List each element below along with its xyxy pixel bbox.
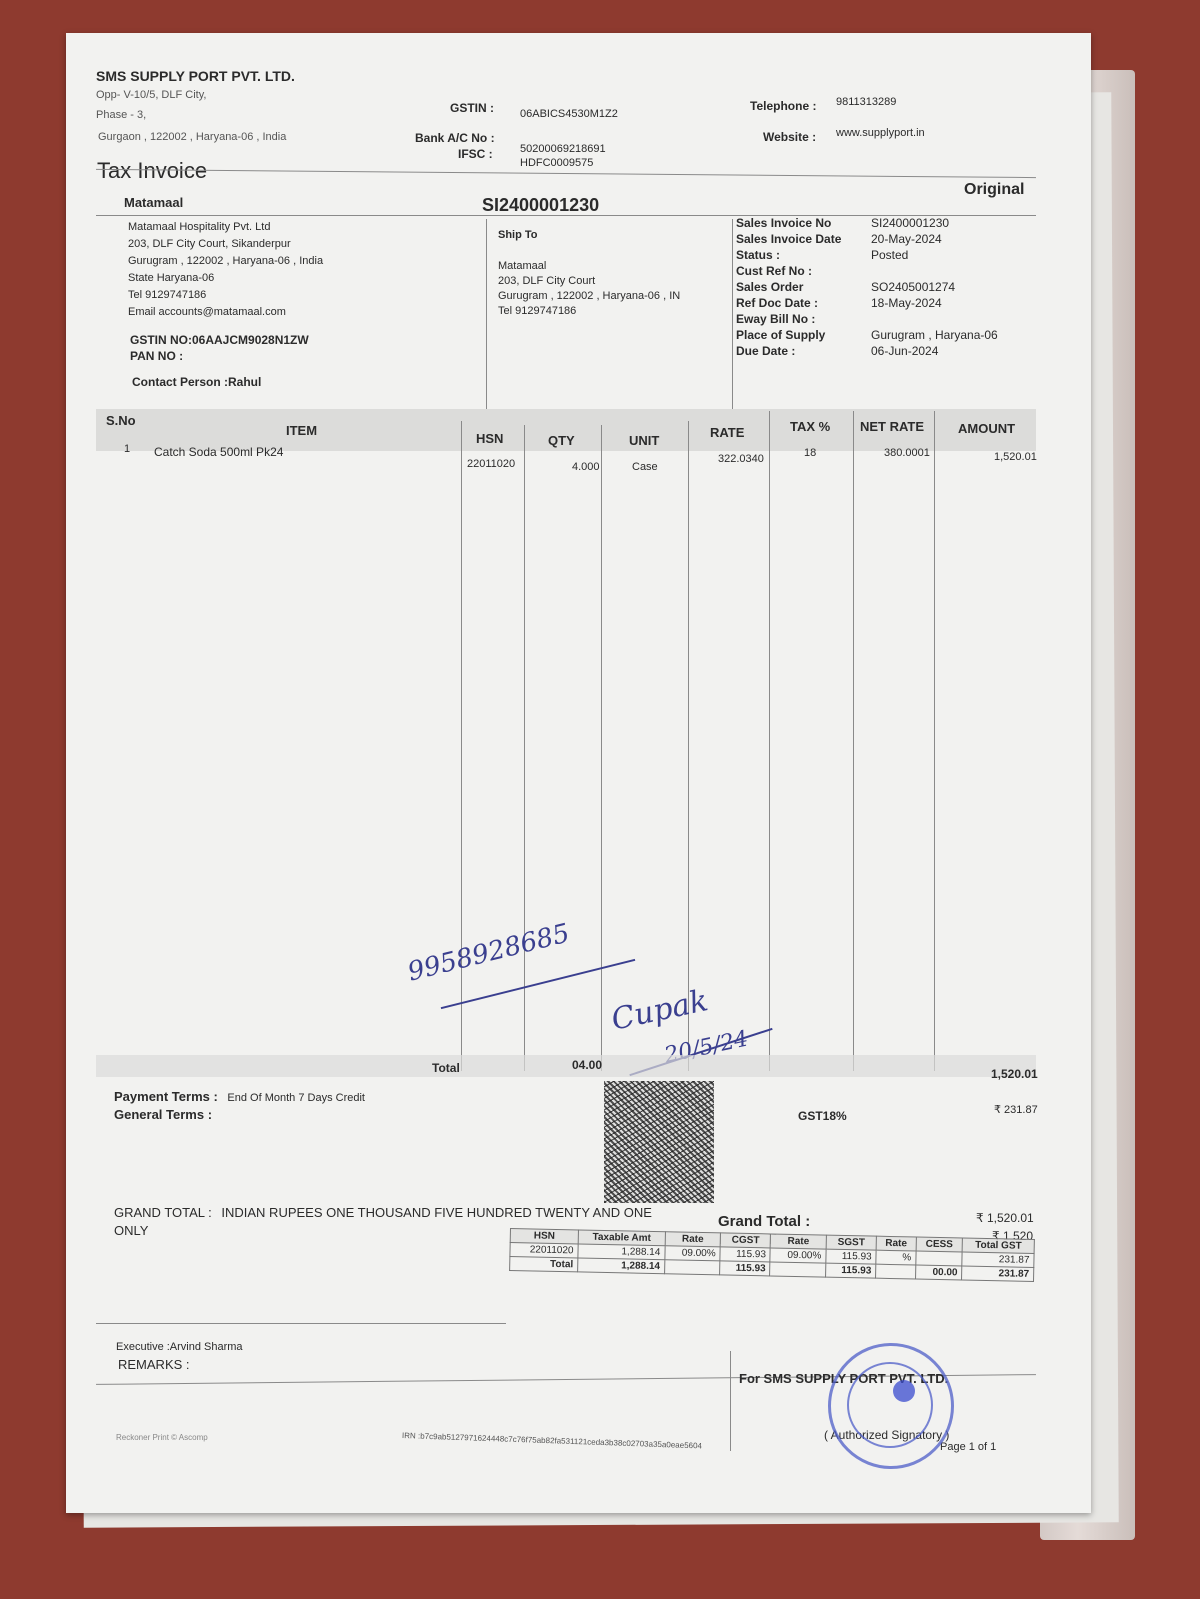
gst-col: SGST (826, 1235, 877, 1250)
meta-label: Eway Bill No : (736, 311, 871, 327)
divider (486, 219, 487, 419)
meta-value: SO2405001274 (871, 279, 955, 295)
bill-to-line: Gurugram , 122002 , Haryana-06 , India (128, 253, 323, 270)
gst-cell: 09.00% (665, 1246, 721, 1261)
gst-breakdown-table: HSN Taxable Amt Rate CGST Rate SGST Rate… (509, 1228, 1035, 1282)
invoice-number-heading: SI2400001230 (482, 195, 599, 216)
row-item: Catch Soda 500ml Pk24 (154, 445, 283, 459)
row-tax: 18 (804, 447, 816, 459)
gst-cell: Total (510, 1257, 578, 1272)
meta-label: Status : (736, 247, 871, 263)
website-label: Website : (763, 130, 816, 144)
col-item: ITEM (286, 423, 317, 438)
row-unit: Case (632, 461, 658, 473)
telephone-label: Telephone : (750, 99, 816, 113)
payment-terms: Payment Terms : End Of Month 7 Days Cred… (114, 1089, 365, 1104)
bank-label: Bank A/C No : (415, 131, 495, 145)
qr-code (604, 1081, 714, 1203)
gst-col: Rate (771, 1234, 827, 1249)
invoice-sheet: SMS SUPPLY PORT PVT. LTD. Opp- V-10/5, D… (66, 33, 1091, 1513)
gst-cell: 231.87 (962, 1252, 1034, 1267)
gst-col: Rate (665, 1232, 721, 1247)
meta-row: Status :Posted (736, 247, 998, 263)
meta-value: SI2400001230 (871, 215, 949, 231)
company-name: SMS SUPPLY PORT PVT. LTD. (96, 68, 295, 84)
col-unit: UNIT (629, 433, 659, 448)
stamp-ink-mark (893, 1380, 915, 1402)
grand-total-label: Grand Total : (718, 1213, 810, 1230)
general-terms-label: General Terms : (114, 1107, 212, 1122)
bill-to-pan: PAN NO : (130, 349, 183, 363)
ship-to-line: Matamaal (498, 259, 680, 274)
gstin-label: GSTIN : (450, 101, 494, 115)
meta-value: 20-May-2024 (871, 231, 942, 247)
grand-total-value: ₹ 1,520.01 (976, 1211, 1034, 1225)
bank-account: 50200069218691 (520, 143, 606, 155)
total-label: Total (432, 1061, 460, 1075)
meta-label: Sales Invoice Date (736, 231, 871, 247)
meta-row: Cust Ref No : (736, 263, 998, 279)
gst-cell (916, 1251, 963, 1266)
divider (732, 219, 733, 409)
ship-to-line: 203, DLF City Court (498, 274, 680, 289)
meta-label: Place of Supply (736, 327, 871, 343)
meta-value: Posted (871, 247, 908, 263)
gst-cell (664, 1260, 720, 1275)
row-hsn: 22011020 (467, 458, 515, 470)
gst-cell: 115.93 (720, 1247, 771, 1262)
divider (730, 1351, 731, 1451)
gst-col: HSN (510, 1229, 578, 1244)
gst-cell: 1,288.14 (578, 1258, 665, 1274)
amount-in-words-text: INDIAN RUPEES ONE THOUSAND FIVE HUNDRED … (221, 1205, 652, 1220)
bill-to-line: Email accounts@matamaal.com (128, 304, 323, 321)
invoice-meta: Sales Invoice NoSI2400001230 Sales Invoi… (736, 215, 998, 359)
meta-row: Eway Bill No : (736, 311, 998, 327)
page-number: Page 1 of 1 (940, 1441, 996, 1453)
payment-terms-label: Payment Terms : (114, 1089, 218, 1104)
amount-in-words: GRAND TOTAL : INDIAN RUPEES ONE THOUSAND… (114, 1205, 652, 1220)
gst-cell: 00.00 (915, 1265, 962, 1280)
ifsc-label: IFSC : (458, 147, 493, 161)
row-qty: 4.000 (572, 461, 600, 473)
ifsc-code: HDFC0009575 (520, 157, 593, 169)
gst-cell (770, 1262, 826, 1277)
gst-col: CGST (720, 1233, 771, 1248)
bill-to-line: State Haryana-06 (128, 270, 323, 287)
meta-row: Sales Invoice NoSI2400001230 (736, 215, 998, 231)
row-net-rate: 380.0001 (884, 447, 930, 459)
gst-cell: 09.00% (770, 1248, 826, 1263)
meta-row: Due Date :06-Jun-2024 (736, 343, 998, 359)
meta-row: Place of SupplyGurugram , Haryana-06 (736, 327, 998, 343)
bill-to-line: Matamaal Hospitality Pvt. Ltd (128, 219, 323, 236)
gst-cell: 115.93 (825, 1263, 876, 1278)
company-address-3: Gurgaon , 122002 , Haryana-06 , India (98, 131, 286, 143)
col-divider (688, 421, 689, 1071)
gst-col: Total GST (962, 1238, 1034, 1253)
company-website: www.supplyport.in (836, 127, 925, 139)
gst-cell: 22011020 (510, 1243, 578, 1258)
handwritten-phone: 9958928685 (405, 918, 573, 987)
irn-number: IRN :b7c9ab5127971624448c7c76f75ab82fa53… (402, 1431, 702, 1450)
meta-row: Sales Invoice Date20-May-2024 (736, 231, 998, 247)
total-row-band (96, 1055, 1036, 1077)
company-address-1: Opp- V-10/5, DLF City, (96, 89, 206, 101)
company-address-2: Phase - 3, (96, 109, 146, 121)
meta-row: Ref Doc Date :18-May-2024 (736, 295, 998, 311)
col-divider (601, 425, 602, 1071)
bill-to-line: 203, DLF City Court, Sikanderpur (128, 236, 323, 253)
bill-to-name: Matamaal (124, 195, 183, 210)
col-divider (524, 425, 525, 1071)
col-sno: S.No (106, 413, 136, 428)
bill-to-gstin: GSTIN NO:06AAJCM9028N1ZW (130, 333, 309, 347)
bill-to-line: Tel 9129747186 (128, 287, 323, 304)
amount-in-words-label: GRAND TOTAL : (114, 1205, 212, 1220)
ship-to-address: Matamaal 203, DLF City Court Gurugram , … (498, 259, 680, 319)
amount-in-words-line2: ONLY (114, 1223, 148, 1238)
contact-person: Contact Person :Rahul (132, 375, 261, 389)
document-title: Tax Invoice (97, 158, 207, 184)
divider (96, 1323, 506, 1324)
executive: Executive :Arvind Sharma (116, 1341, 243, 1353)
gst-amount: ₹ 231.87 (994, 1103, 1038, 1116)
total-amount: 1,520.01 (991, 1067, 1038, 1081)
meta-row: Sales OrderSO2405001274 (736, 279, 998, 295)
ship-to-line: Tel 9129747186 (498, 304, 680, 319)
gst-col: Rate (876, 1236, 916, 1251)
software-credit: Reckoner Print © Ascomp (116, 1433, 208, 1442)
meta-label: Ref Doc Date : (736, 295, 871, 311)
row-amount: 1,520.01 (994, 451, 1037, 463)
col-rate: RATE (710, 425, 744, 440)
gst-cell: % (876, 1250, 916, 1265)
gst-cell: 115.93 (826, 1249, 877, 1264)
payment-terms-value: End Of Month 7 Days Credit (227, 1092, 365, 1104)
company-gstin: 06ABICS4530M1Z2 (520, 108, 618, 120)
remarks-label: REMARKS : (118, 1357, 190, 1372)
col-qty: QTY (548, 433, 575, 448)
meta-label: Sales Invoice No (736, 215, 871, 231)
meta-label: Sales Order (736, 279, 871, 295)
gst-col: CESS (916, 1237, 963, 1252)
meta-label: Cust Ref No : (736, 263, 871, 279)
row-rate: 322.0340 (718, 453, 764, 465)
meta-value: 06-Jun-2024 (871, 343, 938, 359)
bill-to-address: Matamaal Hospitality Pvt. Ltd 203, DLF C… (128, 219, 323, 321)
col-divider (853, 411, 854, 1071)
gst-cell: 115.93 (720, 1261, 771, 1276)
gst-cell (876, 1264, 916, 1279)
stamp-inner-ring (847, 1362, 933, 1448)
col-hsn: HSN (476, 431, 503, 446)
ship-to-line: Gurugram , 122002 , Haryana-06 , IN (498, 289, 680, 304)
col-amount: AMOUNT (958, 421, 1015, 436)
copy-type: Original (964, 181, 1024, 199)
handwritten-signature: Cupak (608, 983, 711, 1038)
gst-label: GST18% (798, 1109, 847, 1123)
meta-value: 18-May-2024 (871, 295, 942, 311)
ship-to-label: Ship To (498, 229, 538, 241)
total-qty: 04.00 (572, 1058, 602, 1072)
col-divider (934, 411, 935, 1071)
company-seal-stamp (828, 1343, 954, 1469)
col-divider (769, 411, 770, 1071)
company-telephone: 9811313289 (836, 96, 896, 108)
col-net-rate: NET RATE (860, 419, 924, 434)
divider (96, 169, 1036, 178)
meta-value: Gurugram , Haryana-06 (871, 327, 998, 343)
col-tax: TAX % (790, 419, 830, 434)
meta-label: Due Date : (736, 343, 871, 359)
row-sno: 1 (124, 443, 130, 455)
gst-cell: 231.87 (962, 1266, 1034, 1281)
